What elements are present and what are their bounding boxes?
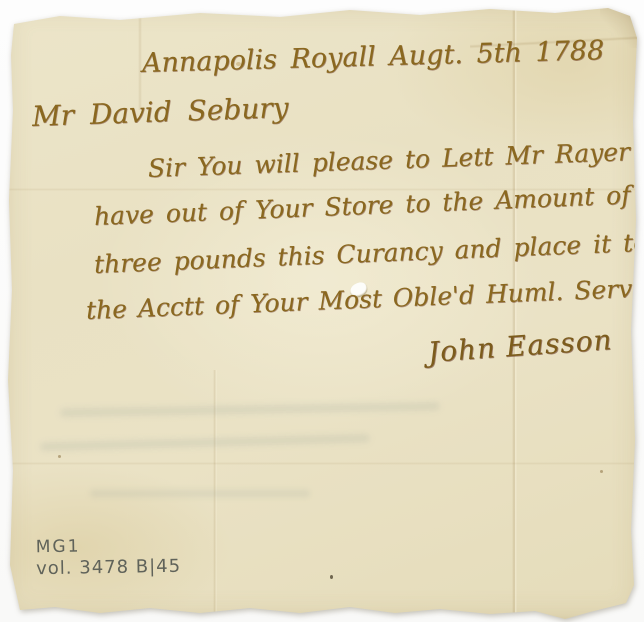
body-line-3: three pounds this Curancy and place it t…	[93, 228, 644, 279]
dateline: Annapolis Royall Augt. 5th 1788	[142, 35, 605, 79]
paper-speck	[58, 455, 61, 458]
vertical-fold-crease	[512, 0, 517, 622]
ink-showthrough	[60, 402, 440, 418]
archival-note-fonds: MG1	[36, 535, 181, 559]
ink-speck	[330, 575, 333, 579]
paper-shadow: Annapolis Royall Augt. 5th 1788 Mr David…	[0, 0, 644, 622]
corner-fold-shadow	[600, 6, 642, 48]
ink-showthrough	[90, 490, 310, 497]
scanner-background: Annapolis Royall Augt. 5th 1788 Mr David…	[0, 0, 644, 622]
archival-note-volume: vol. 3478 B|45	[36, 556, 181, 581]
archival-note: MG1 vol. 3478 B|45	[36, 535, 182, 581]
body-line-1: Sir You will please to Lett Mr Rayer	[147, 137, 630, 183]
ink-showthrough	[40, 434, 370, 452]
signature: John Easson	[427, 323, 614, 369]
recipient-line: Mr David Sebury	[31, 91, 289, 133]
body-line-4: the Acctt of Your Most Oble'd Huml. Serv…	[85, 274, 642, 325]
body-line-2: have out of Your Store to the Amount of	[93, 180, 631, 231]
horizontal-wrinkle-lower	[0, 462, 644, 465]
paper-speck	[600, 470, 603, 473]
letter-paper: Annapolis Royall Augt. 5th 1788 Mr David…	[0, 0, 644, 622]
